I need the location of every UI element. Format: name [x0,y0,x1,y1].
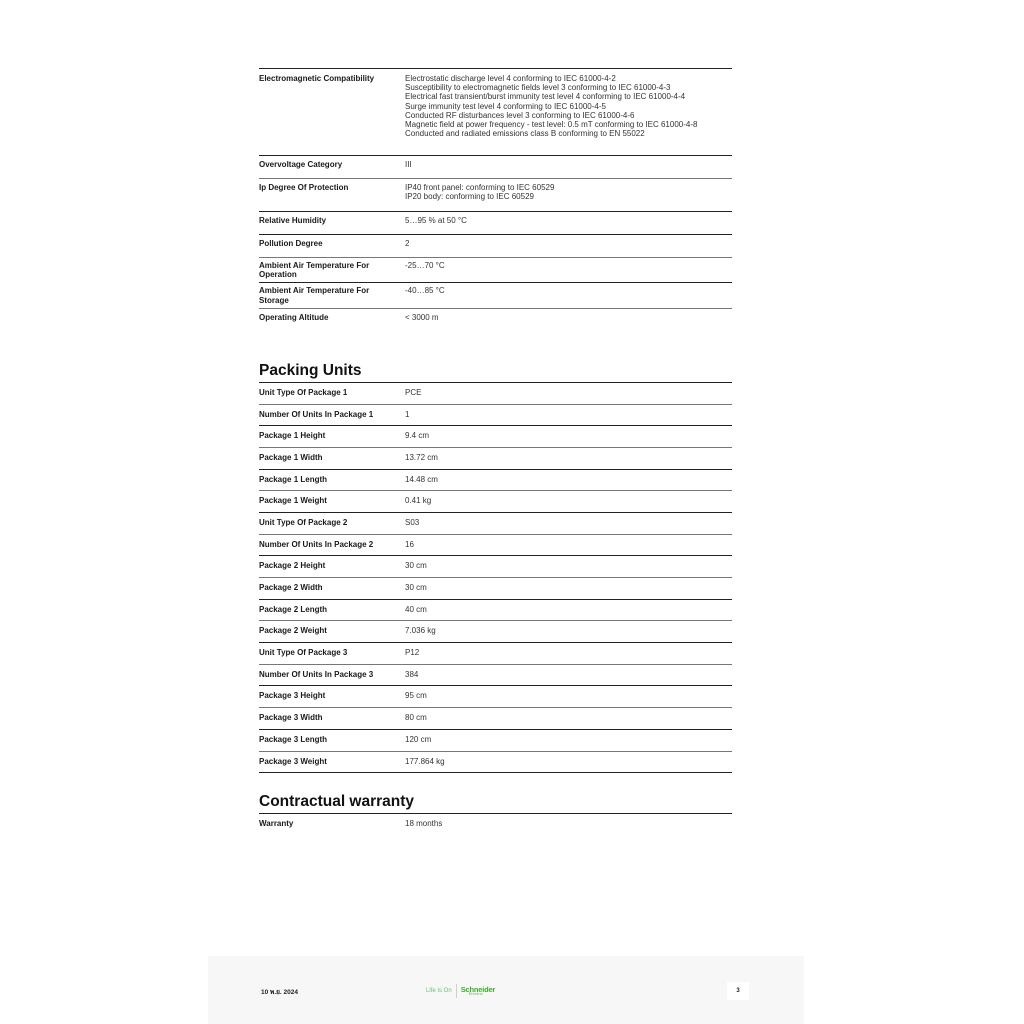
spec-value-line: Electrostatic discharge level 4 conformi… [405,74,732,83]
spec-value-line: IP20 body: conforming to IEC 60529 [405,192,732,201]
spec-value-line: Conducted and radiated emissions class B… [405,129,732,138]
spec-value: < 3000 m [405,308,732,335]
spec-label: Operating Altitude [259,308,405,335]
packing-label: Unit Type Of Package 3 [259,643,405,665]
contractual-warranty-section: Contractual warranty Warranty18 months [259,793,732,833]
section-title-packing-units: Packing Units [259,362,732,382]
packing-row: Package 2 Height30 cm [259,556,732,578]
packing-label: Number Of Units In Package 2 [259,534,405,556]
packing-value: PCE [405,382,732,404]
spec-value-line: IP40 front panel: conforming to IEC 6052… [405,183,732,192]
spec-label: Overvoltage Category [259,156,405,179]
packing-row: Package 1 Height9.4 cm [259,426,732,448]
packing-label: Package 3 Width [259,708,405,730]
spec-label: Relative Humidity [259,212,405,235]
packing-label: Unit Type Of Package 2 [259,512,405,534]
packing-row: Unit Type Of Package 2S03 [259,512,732,534]
packing-value: 9.4 cm [405,426,732,448]
packing-value: 13.72 cm [405,447,732,469]
packing-label: Package 3 Length [259,729,405,751]
packing-row: Package 1 Length14.48 cm [259,469,732,491]
spec-label: Ip Degree Of Protection [259,179,405,212]
schneider-electric-logo-icon: Schneider Electric [461,986,495,997]
packing-row: Package 3 Weight177.864 kg [259,751,732,773]
spec-value-line: 5…95 % at 50 °C [405,216,732,225]
spec-value-line: Susceptibility to electromagnetic fields… [405,83,732,92]
spec-label: Ambient Air Temperature For Operation [259,258,405,283]
spec-value-line: Conducted RF disturbances level 3 confor… [405,111,732,120]
spec-value: Electrostatic discharge level 4 conformi… [405,69,732,156]
warranty-label: Warranty [259,814,405,834]
packing-value: 40 cm [405,599,732,621]
spec-label: Pollution Degree [259,235,405,258]
packing-label: Package 2 Length [259,599,405,621]
spec-label: Ambient Air Temperature For Storage [259,283,405,308]
packing-row: Package 3 Height95 cm [259,686,732,708]
packing-row: Package 2 Weight7.036 kg [259,621,732,643]
packing-value: 177.864 kg [405,751,732,773]
packing-value: 1 [405,404,732,426]
brand-sub: Electric [469,993,495,997]
packing-label: Package 2 Height [259,556,405,578]
packing-value: 16 [405,534,732,556]
spec-value-line: III [405,160,732,169]
spec-row: Ambient Air Temperature For Operation-25… [259,258,732,283]
spec-row: Pollution Degree2 [259,235,732,258]
packing-units-section: Packing Units Unit Type Of Package 1PCEN… [259,362,732,773]
section-title-contractual-warranty: Contractual warranty [259,793,732,813]
spec-row: Electromagnetic CompatibilityElectrostat… [259,69,732,156]
packing-value: 80 cm [405,708,732,730]
packing-label: Number Of Units In Package 3 [259,664,405,686]
spec-row: Relative Humidity5…95 % at 50 °C [259,212,732,235]
datasheet-page-content: Electromagnetic CompatibilityElectrostat… [259,68,732,833]
packing-row: Number Of Units In Package 3384 [259,664,732,686]
packing-row: Package 1 Weight0.41 kg [259,491,732,513]
packing-value: S03 [405,512,732,534]
packing-label: Unit Type Of Package 1 [259,382,405,404]
brand-logo: Life Is On Schneider Electric [426,983,495,999]
spec-row: Ambient Air Temperature For Storage-40…8… [259,283,732,308]
packing-row: Unit Type Of Package 3P12 [259,643,732,665]
spec-value-line: Electrical fast transient/burst immunity… [405,92,732,101]
packing-row: Package 3 Width80 cm [259,708,732,730]
spec-value-line: < 3000 m [405,313,732,322]
packing-row: Package 3 Length120 cm [259,729,732,751]
environment-spec-table: Electromagnetic CompatibilityElectrostat… [259,68,732,335]
packing-value: 14.48 cm [405,469,732,491]
packing-row: Unit Type Of Package 1PCE [259,382,732,404]
spec-value: 2 [405,235,732,258]
spec-value-line: Magnetic field at power frequency - test… [405,120,732,129]
warranty-value: 18 months [405,814,732,834]
packing-label: Package 1 Height [259,426,405,448]
packing-value: 7.036 kg [405,621,732,643]
spec-row: Operating Altitude< 3000 m [259,308,732,335]
spec-value: III [405,156,732,179]
spec-value-line: Surge immunity test level 4 conforming t… [405,102,732,111]
spec-value: -25…70 °C [405,258,732,283]
packing-label: Package 3 Weight [259,751,405,773]
packing-value: 30 cm [405,578,732,600]
packing-label: Number Of Units In Package 1 [259,404,405,426]
spec-value: -40…85 °C [405,283,732,308]
packing-row: Package 2 Width30 cm [259,578,732,600]
spec-row: Ip Degree Of ProtectionIP40 front panel:… [259,179,732,212]
footer-date: 10 พ.ย. 2024 [261,987,298,997]
packing-value: P12 [405,643,732,665]
spec-label: Electromagnetic Compatibility [259,69,405,156]
packing-row: Number Of Units In Package 11 [259,404,732,426]
spec-value: IP40 front panel: conforming to IEC 6052… [405,179,732,212]
packing-value: 120 cm [405,729,732,751]
packing-row: Number Of Units In Package 216 [259,534,732,556]
packing-label: Package 1 Weight [259,491,405,513]
warranty-table: Warranty18 months [259,813,732,833]
packing-units-table: Unit Type Of Package 1PCENumber Of Units… [259,382,732,773]
life-is-on-tagline: Life Is On [426,988,452,994]
packing-label: Package 2 Weight [259,621,405,643]
packing-label: Package 1 Length [259,469,405,491]
packing-label: Package 1 Width [259,447,405,469]
brand-divider [456,984,457,998]
spec-value-line: 2 [405,239,732,248]
spec-value-line: -40…85 °C [405,286,732,295]
packing-label: Package 3 Height [259,686,405,708]
spec-row: Overvoltage CategoryIII [259,156,732,179]
warranty-row: Warranty18 months [259,814,732,834]
spec-value: 5…95 % at 50 °C [405,212,732,235]
page-number: 3 [727,982,749,1000]
packing-label: Package 2 Width [259,578,405,600]
spec-value-line: -25…70 °C [405,261,732,270]
packing-value: 30 cm [405,556,732,578]
packing-row: Package 1 Width13.72 cm [259,447,732,469]
packing-value: 384 [405,664,732,686]
packing-row: Package 2 Length40 cm [259,599,732,621]
page-footer: 10 พ.ย. 2024 Life Is On Schneider Electr… [208,956,804,1024]
packing-value: 95 cm [405,686,732,708]
packing-value: 0.41 kg [405,491,732,513]
